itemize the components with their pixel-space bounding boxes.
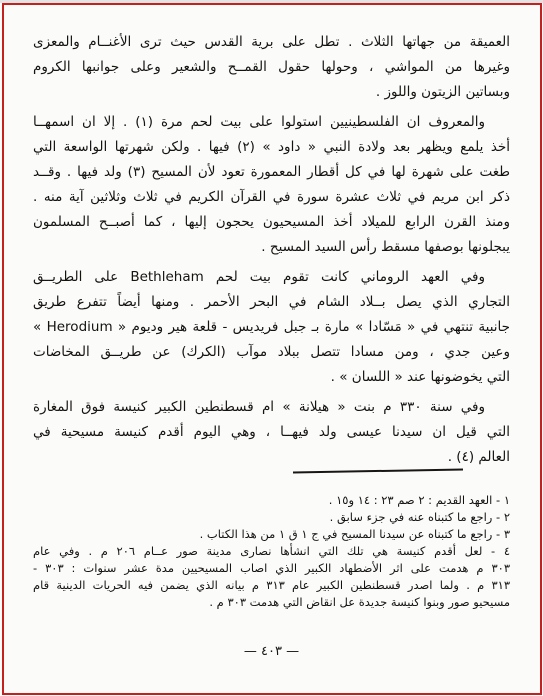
text-line: يبجلونها بوصفها مسقط رأس السيد المسيح . (33, 235, 510, 260)
text-line: التي قيل ان سيدنا عيسى ولد فيهــا ، وهي … (33, 420, 510, 445)
text-line: والمعروف ان الفلسطينيين استولوا على بيت … (33, 110, 510, 135)
footnote-2: ٢ - راجع ما كتبناه عنه في جزء سابق . (33, 509, 510, 526)
text-line: وغيرها من المواشي ، وحولها حقول القمــح … (33, 55, 510, 80)
text-line: طغت على شهرة لها في كل أقطار المعمورة تع… (33, 160, 510, 185)
paragraph-roman-era: وفي العهد الروماني كانت تقوم بيت لحم Bet… (33, 265, 510, 390)
text-line: العميقة من جهاتها الثلاث . تطل على برية … (33, 30, 510, 55)
text-line: وبساتين الزيتون واللوز . (33, 80, 510, 105)
footnote-4: ٤ - لعل أقدم كنيسة هي تلك التي انشأها نص… (33, 543, 510, 611)
text-line: ١ - العهد القديم : ٢ صم ٢٣ : ١٤ و١٥ . (33, 492, 510, 509)
text-line: جانبية تنتهي في « مَسّادا » مارة بـ جبل … (33, 315, 510, 340)
text-line: ٣ - راجع ما كتبناه عن سيدنا المسيح في ج … (33, 526, 510, 543)
book-page: العميقة من جهاتها الثلاث . تطل على برية … (0, 0, 543, 696)
footnote-1: ١ - العهد القديم : ٢ صم ٢٣ : ١٤ و١٥ . (33, 492, 510, 509)
text-line: ٢ - راجع ما كتبناه عنه في جزء سابق . (33, 509, 510, 526)
footnotes-block: ١ - العهد القديم : ٢ صم ٢٣ : ١٤ و١٥ . ٢ … (33, 492, 510, 611)
text-line: ٣٠٣ م هدمت على اثر الأضطهاد الكبير الذي … (33, 560, 510, 577)
text-line: ومنذ القرن الرابع للميلاد أخذ المسيحيون … (33, 210, 510, 235)
page-number: — ٤٠٣ — (0, 644, 543, 659)
body-text: العميقة من جهاتها الثلاث . تطل على برية … (33, 30, 510, 475)
text-line: وفي سنة ٣٣٠ م بنت « هيلانة » ام قسطنطين … (33, 395, 510, 420)
text-line: وعين جدي ، ومن مسادا تتصل ببلاد موآب (ال… (33, 340, 510, 365)
text-line: ٤ - لعل أقدم كنيسة هي تلك التي انشأها نص… (33, 543, 510, 560)
text-line: التي يخوضونها عند « اللسان » . (33, 365, 510, 390)
text-line: العالم (٤) . (33, 445, 510, 470)
footnote-3: ٣ - راجع ما كتبناه عن سيدنا المسيح في ج … (33, 526, 510, 543)
scan-edge-strip (0, 0, 543, 3)
text-line: التجاري الذي يصل بــلاد الشام في البحر ا… (33, 290, 510, 315)
text-line: ذكر ابن مريم في ثلاث عشرة سورة في القرآن… (33, 185, 510, 210)
text-line: وفي العهد الروماني كانت تقوم بيت لحم Bet… (33, 265, 510, 290)
text-line: أخذ يلمع ويظهر بعد ولادة النبي « داود » … (33, 135, 510, 160)
text-line: ٣١٣ م . ولما اصدر قسطنطين الكبير عام ٣١٣… (33, 577, 510, 594)
paragraph-continuation: العميقة من جهاتها الثلاث . تطل على برية … (33, 30, 510, 105)
paragraph-church: وفي سنة ٣٣٠ م بنت « هيلانة » ام قسطنطين … (33, 395, 510, 470)
paragraph-history: والمعروف ان الفلسطينيين استولوا على بيت … (33, 110, 510, 260)
text-line: مسيحيو صور وبنوا كنيسة جديدة عل انقاض ال… (33, 594, 510, 611)
